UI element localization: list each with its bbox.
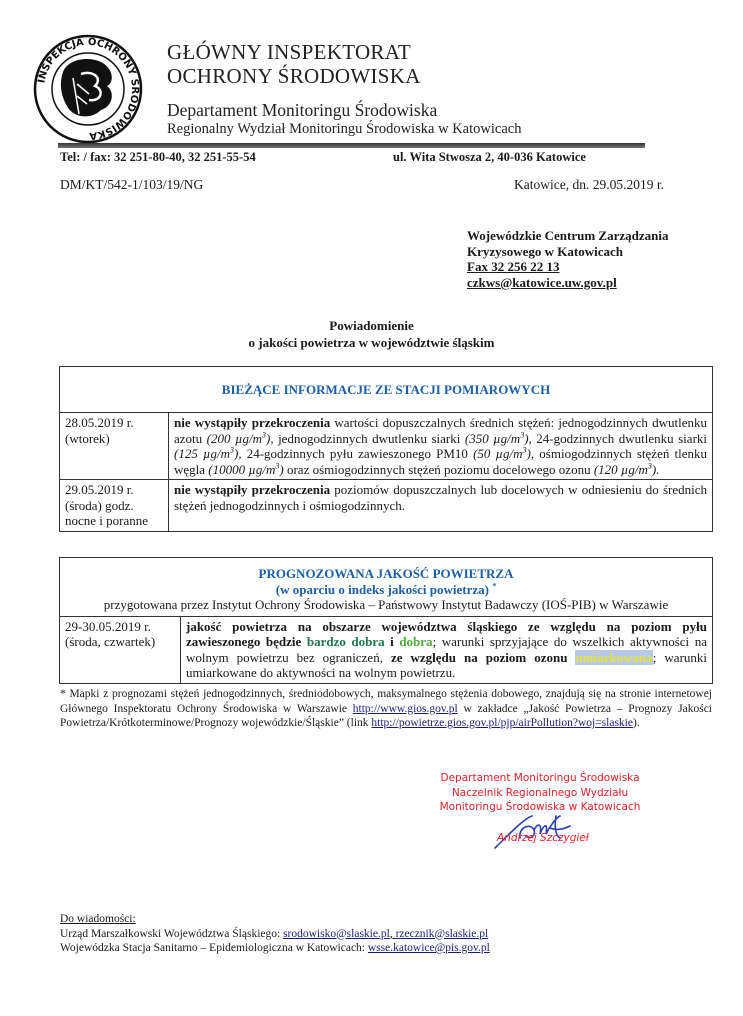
row-description: jakość powietrza na obszarze województwa… xyxy=(181,616,713,683)
status-lead: nie wystąpiły przekroczenia xyxy=(174,482,330,497)
recipient-line2: Kryzysowego w Katowicach xyxy=(467,244,668,260)
footnote: * Mapki z prognozami stężeń jednogodzinn… xyxy=(60,687,712,731)
organization-name: GŁÓWNY INSPEKTORAT OCHRONY ŚRODOWISKA xyxy=(167,40,421,88)
row-date-cell: 28.05.2019 r. (wtorek) xyxy=(60,413,169,480)
cc-heading: Do wiadomości: xyxy=(60,912,490,927)
recipient-email[interactable]: czkws@katowice.uw.gov.pl xyxy=(467,275,668,291)
stamp-line1: Departament Monitoringu Środowiska xyxy=(420,771,660,786)
row-description: nie wystąpiły przekroczenia wartości dop… xyxy=(169,413,713,480)
organization-name-line1: GŁÓWNY INSPEKTORAT xyxy=(167,40,421,64)
level-good: dobra xyxy=(399,634,432,649)
row-date: 29.05.2019 r. xyxy=(65,482,163,498)
table-row: 28.05.2019 r. (wtorek) nie wystąpiły prz… xyxy=(60,413,713,480)
forecast-header-cell: PROGNOZOWANA JAKOŚĆ POWIETRZA (w oparciu… xyxy=(60,558,713,617)
status-lead: nie wystąpiły przekroczenia xyxy=(174,415,330,430)
cc-line1: Urząd Marszałkowski Województwa Śląskieg… xyxy=(60,927,490,942)
recipient-line1: Wojewódzkie Centrum Zarządzania xyxy=(467,228,668,244)
row-day: (środa) godz. nocne i poranne xyxy=(65,498,163,529)
signer-name: Andrzej Szczygieł xyxy=(497,832,589,844)
level-very-good: bardzo dobra xyxy=(307,634,385,649)
table-row: 29-30.05.2019 r. (środa, czwartek) jakoś… xyxy=(60,616,713,683)
table-row: 29.05.2019 r. (środa) godz. nocne i pora… xyxy=(60,480,713,532)
email-link-wsse[interactable]: wsse.katowice@pis.gov.pl xyxy=(368,942,490,954)
forecast-table: PROGNOZOWANA JAKOŚĆ POWIETRZA (w oparciu… xyxy=(59,557,713,684)
recipient-fax: Fax 32 256 22 13 xyxy=(467,259,668,275)
tel-fax: Tel: / fax: 32 251-80-40, 32 251-55-54 xyxy=(60,150,256,165)
row-date: 29-30.05.2019 r. xyxy=(65,619,175,635)
row-day: (wtorek) xyxy=(65,431,163,447)
air-pollution-link[interactable]: http://powietrze.gios.gov.pl/pjp/airPoll… xyxy=(371,717,633,729)
stamp-line2: Naczelnik Regionalnego Wydziału xyxy=(420,786,660,801)
title-line1: Powiadomienie xyxy=(0,317,743,334)
letterhead-divider xyxy=(58,143,645,148)
forecast-subheader: (w oparciu o indeks jakości powietrza) * xyxy=(65,582,707,598)
document-reference: DM/KT/542-1/103/19/NG xyxy=(60,177,203,193)
gios-link[interactable]: http://www.gios.gov.pl xyxy=(353,703,458,715)
level-moderate: umiarkowana xyxy=(575,650,652,665)
division-name: Regionalny Wydział Monitoringu Środowisk… xyxy=(167,121,521,138)
title-line2: o jakości powietrza w województwie śląsk… xyxy=(0,334,743,351)
office-address: ul. Wita Stwosza 2, 40-036 Katowice xyxy=(393,150,586,165)
recipient-block: Wojewódzkie Centrum Zarządzania Kryzysow… xyxy=(467,228,668,290)
signature-icon xyxy=(490,808,590,853)
cc-block: Do wiadomości: Urząd Marszałkowski Wojew… xyxy=(60,912,490,956)
cc-line2: Wojewódzka Stacja Sanitarno – Epidemiolo… xyxy=(60,941,490,956)
forecast-header: PROGNOZOWANA JAKOŚĆ POWIETRZA xyxy=(65,566,707,582)
current-info-table: BIEŻĄCE INFORMACJE ZE STACJI POMIAROWYCH… xyxy=(59,366,713,532)
place-date: Katowice, dn. 29.05.2019 r. xyxy=(514,177,664,193)
current-info-header: BIEŻĄCE INFORMACJE ZE STACJI POMIAROWYCH xyxy=(60,367,713,413)
document-title: Powiadomienie o jakości powietrza w woje… xyxy=(0,317,743,351)
organization-name-line2: OCHRONY ŚRODOWISKA xyxy=(167,64,421,88)
email-link-srodowisko[interactable]: srodowisko@slaskie.pl xyxy=(283,928,390,940)
email-link-rzecznik[interactable]: rzecznik@slaskie.pl xyxy=(396,928,489,940)
row-day: (środa, czwartek) xyxy=(65,634,175,650)
row-description: nie wystąpiły przekroczenia poziomów dop… xyxy=(169,480,713,532)
row-date-cell: 29.05.2019 r. (środa) godz. nocne i pora… xyxy=(60,480,169,532)
row-date-cell: 29-30.05.2019 r. (środa, czwartek) xyxy=(60,616,181,683)
forecast-source: przygotowana przez Instytut Ochrony Środ… xyxy=(65,597,707,613)
gios-logo-icon: INSPEKCJA OCHRONY ŚRODOWISKA xyxy=(33,34,143,144)
department-name: Departament Monitoringu Środowiska xyxy=(167,100,437,121)
row-date: 28.05.2019 r. xyxy=(65,415,163,431)
